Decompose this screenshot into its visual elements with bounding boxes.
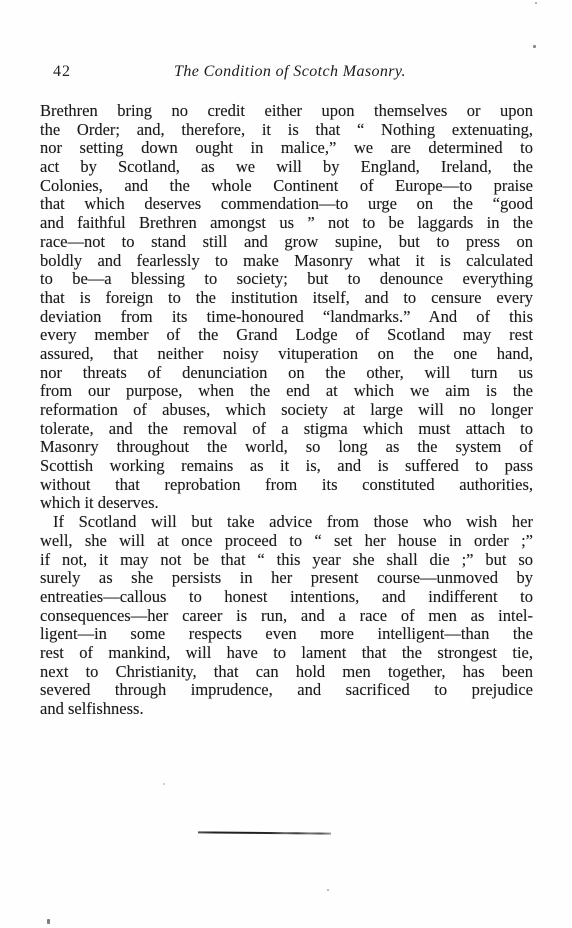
text-line: and selfishness.: [40, 700, 533, 719]
text-line: the Order; and, therefore, it is that “ …: [40, 121, 533, 140]
text-line: surely as she persists in her present co…: [40, 569, 533, 588]
text-line: Masonry throughout the world, so long as…: [40, 438, 533, 457]
text-line: and faithful Brethren amongst us ” not t…: [40, 214, 533, 233]
text-line: that is foreign to the institution itsel…: [40, 289, 533, 308]
text-line: every member of the Grand Lodge of Scotl…: [40, 326, 533, 345]
text-line: which it deserves.: [40, 494, 533, 513]
text-line: reformation of abuses, which society at …: [40, 401, 533, 420]
running-header: 42 The Condition of Scotch Masonry.: [40, 63, 533, 83]
scan-speck: [327, 889, 329, 891]
text-line: tolerate, and the removal of a stigma wh…: [40, 420, 533, 439]
scan-speck: [47, 919, 50, 924]
scanned-book-page: 42 The Condition of Scotch Masonry. Bret…: [0, 0, 572, 928]
text-line: If Scotland will but take advice from th…: [40, 513, 533, 532]
text-line: boldly and fearlessly to make Masonry wh…: [40, 252, 533, 271]
text-line: Brethren bring no credit either upon the…: [40, 102, 533, 121]
text-line: consequences—her career is run, and a ra…: [40, 607, 533, 626]
text-line: Scottish working remains as it is, and i…: [40, 457, 533, 476]
text-line: without that reprobation from its consti…: [40, 476, 533, 495]
running-title: The Condition of Scotch Masonry.: [160, 63, 420, 81]
text-line: race—not to stand still and grow supine,…: [40, 233, 533, 252]
text-line: rest of mankind, will have to lament tha…: [40, 644, 533, 663]
text-line: if not, it may not be that “ this year s…: [40, 551, 533, 570]
text-line: that which deserves commendation—to urge…: [40, 195, 533, 214]
text-line: entreaties—callous to honest intentions,…: [40, 588, 533, 607]
scan-speck: [535, 2, 537, 4]
text-line: nor setting down ought in malice,” we ar…: [40, 139, 533, 158]
text-line: assured, that neither noisy vituperation…: [40, 345, 533, 364]
text-line: to be—a blessing to society; but to deno…: [40, 270, 533, 289]
text-line: next to Christianity, that can hold men …: [40, 663, 533, 682]
text-line: from our purpose, when the end at which …: [40, 382, 533, 401]
page-body: Brethren bring no credit either upon the…: [40, 102, 533, 719]
text-line: severed through imprudence, and sacrific…: [40, 681, 533, 700]
text-line: ligent—in some respects even more intell…: [40, 625, 533, 644]
scan-speck: [533, 45, 536, 48]
scan-speck: [163, 783, 165, 785]
page-number: 42: [53, 63, 71, 81]
text-line: Colonies, and the whole Continent of Eur…: [40, 177, 533, 196]
text-line: well, she will at once proceed to “ set …: [40, 532, 533, 551]
text-line: deviation from its time-honoured “landma…: [40, 308, 533, 327]
text-line: act by Scotland, as we will by England, …: [40, 158, 533, 177]
text-line: nor threats of denunciation on the other…: [40, 364, 533, 383]
section-end-rule: [198, 831, 331, 834]
